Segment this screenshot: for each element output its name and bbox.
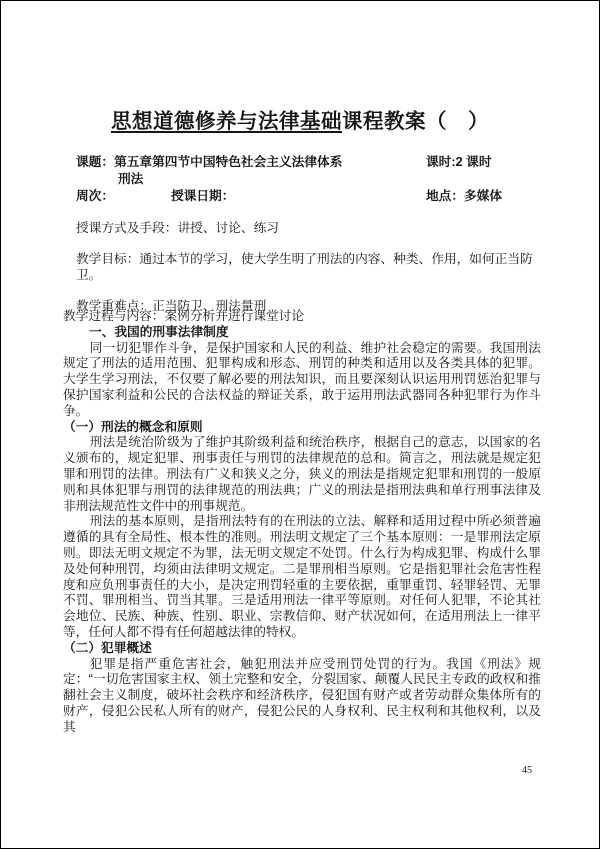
subject-row: 课题：第五章第四节中国特色社会主义法律体系 <box>76 154 342 170</box>
page-title: 思想道德修养与法律基础课程教案（ ） <box>1 104 599 134</box>
title-rest-part: 课程教案（ ） <box>342 110 489 133</box>
section-heading-3: （二）犯罪概述 <box>63 641 541 657</box>
location: 地点：多媒体 <box>426 188 502 204</box>
class-hours: 课时:2 课时 <box>426 154 492 170</box>
lecture-date-label: 授课日期： <box>171 188 234 204</box>
document-page: 思想道德修养与法律基础课程教案（ ） 课题：第五章第四节中国特色社会主义法律体系… <box>0 0 600 849</box>
subject-value: 第五章第四节中国特色社会主义法律体系 <box>114 155 342 169</box>
paragraph-3: 刑法的基本原则，是指刑法特有的在刑法的立法、解释和适用过程中所必须普遍遵循的具有… <box>63 514 541 640</box>
paragraph-4: 犯罪是指严重危害社会，触犯刑法并应受刑罚处罚的行为。我国《刑法》规定：“一切危害… <box>63 657 541 736</box>
process-line: 教学过程与内容：案例分析并进行课堂讨论 <box>63 309 541 325</box>
lesson-body: 教学过程与内容：案例分析并进行课堂讨论 一、我国的刑事法律制度 同一切犯罪作斗争… <box>63 309 541 736</box>
course-info-block: 课题：第五章第四节中国特色社会主义法律体系 刑法 课时:2 课时 周次： 授课日… <box>76 154 559 210</box>
teaching-objective: 教学目标：通过本节的学习，使大学生明了刑法的内容、种类、作用，如何正当防卫。 <box>76 251 548 283</box>
teaching-method: 授课方式及手段：讲授、讨论、练习 <box>76 220 548 236</box>
paragraph-1: 同一切犯罪作斗争，是保护国家和人民的利益、维护社会稳定的需要。我国刑法规定了刑法… <box>63 341 541 420</box>
week-label: 周次： <box>76 188 114 204</box>
subject-label: 课题： <box>76 155 114 169</box>
section-heading-1: 一、我国的刑事法律制度 <box>89 325 541 341</box>
page-number: 45 <box>522 765 532 776</box>
title-underlined-part: 思想道德修养与法律基础 <box>111 110 342 133</box>
section-heading-2: （一）刑法的概念和原则 <box>63 420 541 436</box>
paragraph-2: 刑法是统治阶级为了维护其阶级利益和统治秩序，根据自己的意志，以国家的名义颁布的，… <box>63 435 541 514</box>
subject-value-line2: 刑法 <box>118 171 143 187</box>
